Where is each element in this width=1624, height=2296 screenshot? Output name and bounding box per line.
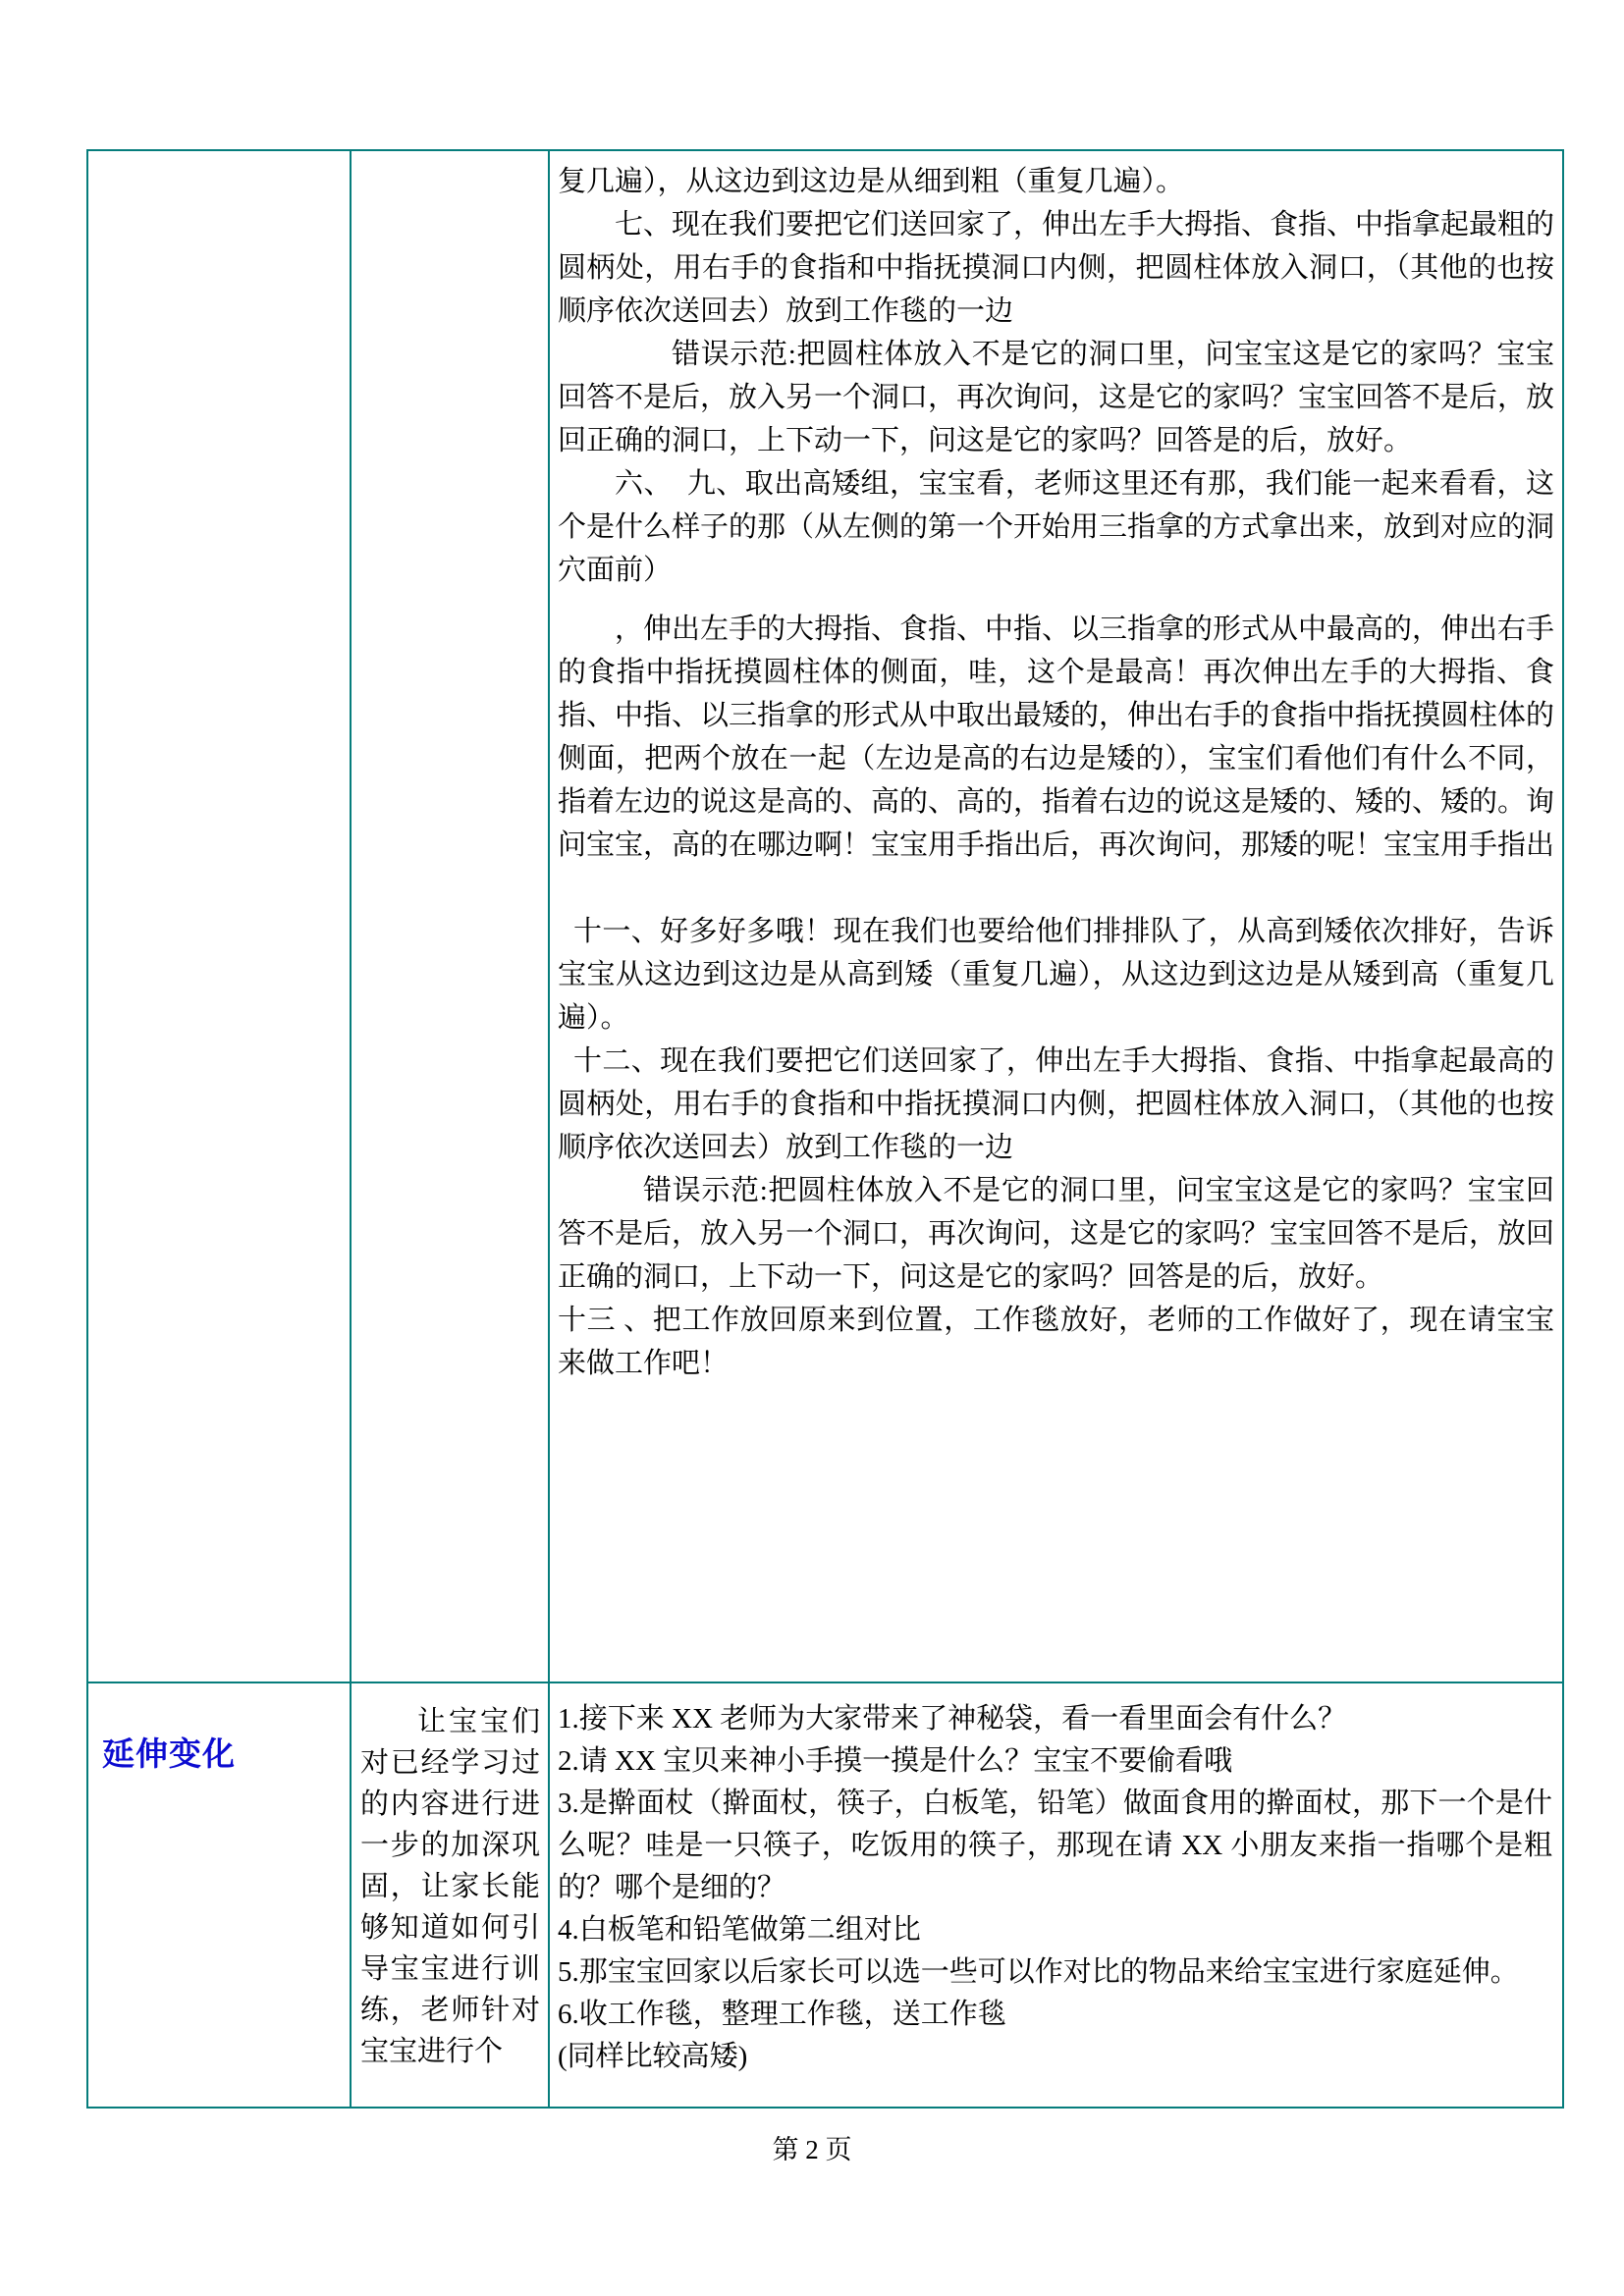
step-paragraph: 六、 九、取出高矮组，宝宝看，老师这里还有那，我们能一起来看看，这个是什么样子的… (558, 462, 1554, 592)
extension-item: (同样比较高矮) (558, 2036, 1552, 2078)
extension-item: 1.接下来 XX 老师为大家带来了神秘袋，看一看里面会有什么？ (558, 1698, 1552, 1740)
extension-item: 4.白板笔和铅笔做第二组对比 (558, 1909, 1552, 1951)
lesson-plan-table: 复几遍），从这边到这边是从细到粗（重复几遍）。 七、现在我们要把它们送回家了，伸… (86, 149, 1564, 2109)
document-page: 复几遍），从这边到这边是从细到粗（重复几遍）。 七、现在我们要把它们送回家了，伸… (0, 0, 1624, 2296)
extension-item: 3.是擀面杖（擀面杖，筷子，白板笔，铅笔）做面食用的擀面杖，那下一个是什么呢？哇… (558, 1783, 1552, 1909)
extension-item: 6.收工作毯，整理工作毯，送工作毯 (558, 1994, 1552, 2036)
extension-items-cell: 1.接下来 XX 老师为大家带来了神秘袋，看一看里面会有什么？ 2.请 XX 宝… (550, 1683, 1562, 2107)
row1-left-empty-cell (88, 151, 352, 1683)
step-paragraph: 错误示范:把圆柱体放入不是它的洞口里，问宝宝这是它的家吗？宝宝回答不是后，放入另… (558, 1169, 1554, 1299)
step-paragraph: 十一、好多好多哦！现在我们也要给他们排排队了，从高到矮依次排好，告诉宝宝从这边到… (558, 910, 1554, 1040)
row1-middle-empty-cell (352, 151, 550, 1683)
step-paragraph: ，伸出左手的大拇指、食指、中指、以三指拿的形式从中最高的，伸出右手的食指中指抚摸… (558, 608, 1554, 867)
step-paragraph: 十三 、把工作放回原来到位置，工作毯放好，老师的工作做好了，现在请宝宝来做工作吧… (558, 1299, 1554, 1385)
purpose-text: 让宝宝们对已经学习过的内容进行进一步的加深巩固，让家长能够知道如何引导宝宝进行训… (360, 1701, 540, 2072)
extension-item: 2.请 XX 宝贝来神小手摸一摸是什么？宝宝不要偷看哦 (558, 1740, 1552, 1783)
step-paragraph: 十二、现在我们要把它们送回家了，伸出左手大拇指、食指、中指拿起最高的圆柄处，用右… (558, 1040, 1554, 1169)
purpose-cell: 让宝宝们对已经学习过的内容进行进一步的加深巩固，让家长能够知道如何引导宝宝进行训… (352, 1683, 550, 2107)
step-paragraph: 复几遍），从这边到这边是从细到粗（重复几遍）。 (558, 160, 1554, 203)
presentation-steps-cell: 复几遍），从这边到这边是从细到粗（重复几遍）。 七、现在我们要把它们送回家了，伸… (550, 151, 1562, 1683)
page-footer: 第 2 页 (0, 2128, 1624, 2166)
section-label: 延伸变化 (102, 1737, 236, 1773)
section-label-cell: 延伸变化 (88, 1683, 352, 2107)
step-paragraph: 七、现在我们要把它们送回家了，伸出左手大拇指、食指、中指拿起最粗的圆柄处，用右手… (558, 203, 1554, 333)
extension-item: 5.那宝宝回家以后家长可以选一些可以作对比的物品来给宝宝进行家庭延伸。 (558, 1951, 1552, 1994)
step-paragraph: 错误示范:把圆柱体放入不是它的洞口里，问宝宝这是它的家吗？宝宝回答不是后，放入另… (558, 333, 1554, 462)
